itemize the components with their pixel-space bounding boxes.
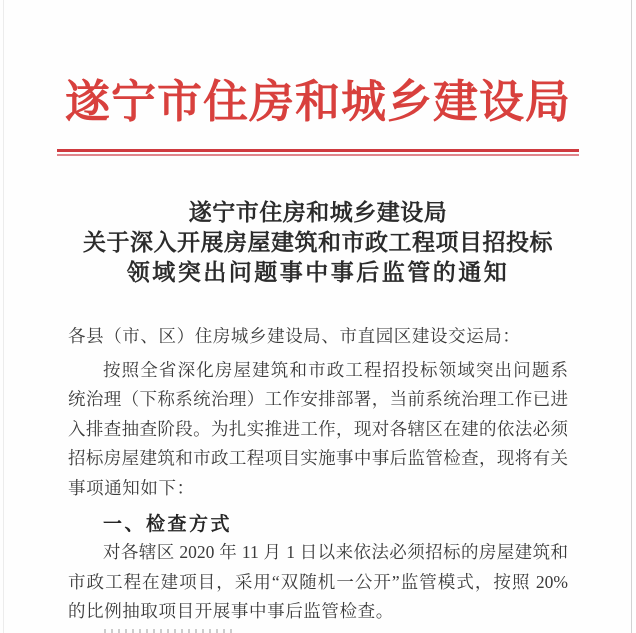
document-page: 遂宁市住房和城乡建设局 遂宁市住房和城乡建设局 关于深入开展房屋建筑和市政工程项… <box>0 0 636 633</box>
body-line: 对各辖区 2020 年 11 月 1 日以来依法必须招标的房屋建筑和 <box>68 538 568 568</box>
body-line: 按照全省深化房屋建筑和市政工程招投标领域突出问题系 <box>68 356 568 386</box>
document-title-line-3: 领域突出问题事中事后监管的通知 <box>0 258 636 288</box>
cropped-next-heading-sliver <box>104 629 237 633</box>
body-line: 统治理（下称系统治理）工作安排部署，当前系统治理工作已进 <box>68 385 568 415</box>
body-line: 的比例抽取项目开展事中事后监管检查。 <box>68 597 568 627</box>
body-line: 各县（市、区）住房城乡建设局、市直园区建设交运局： <box>68 322 568 352</box>
document-title: 遂宁市住房和城乡建设局 关于深入开展房屋建筑和市政工程项目招投标 领域突出问题事… <box>0 198 636 288</box>
body-line: 招标房屋建筑和市政工程项目实施事中事后监管检查，现将有关 <box>68 444 568 474</box>
letterhead-red-rule <box>57 149 579 156</box>
section-heading: 一、检查方式 <box>68 511 568 538</box>
body-line: 事项通知如下： <box>68 474 568 504</box>
document-title-line-2: 关于深入开展房屋建筑和市政工程项目招投标 <box>0 228 636 258</box>
letterhead-agency-name: 遂宁市住房和城乡建设局 <box>0 74 636 130</box>
body-line: 入排查抽查阶段。为扎实推进工作，现对各辖区在建的依法必须 <box>68 415 568 445</box>
body-lines: 各县（市、区）住房城乡建设局、市直园区建设交运局：按照全省深化房屋建筑和市政工程… <box>68 322 568 627</box>
document-title-line-1: 遂宁市住房和城乡建设局 <box>0 198 636 228</box>
body-line: 市政工程在建项目，采用“双随机一公开”监管模式，按照 20% <box>68 568 568 598</box>
